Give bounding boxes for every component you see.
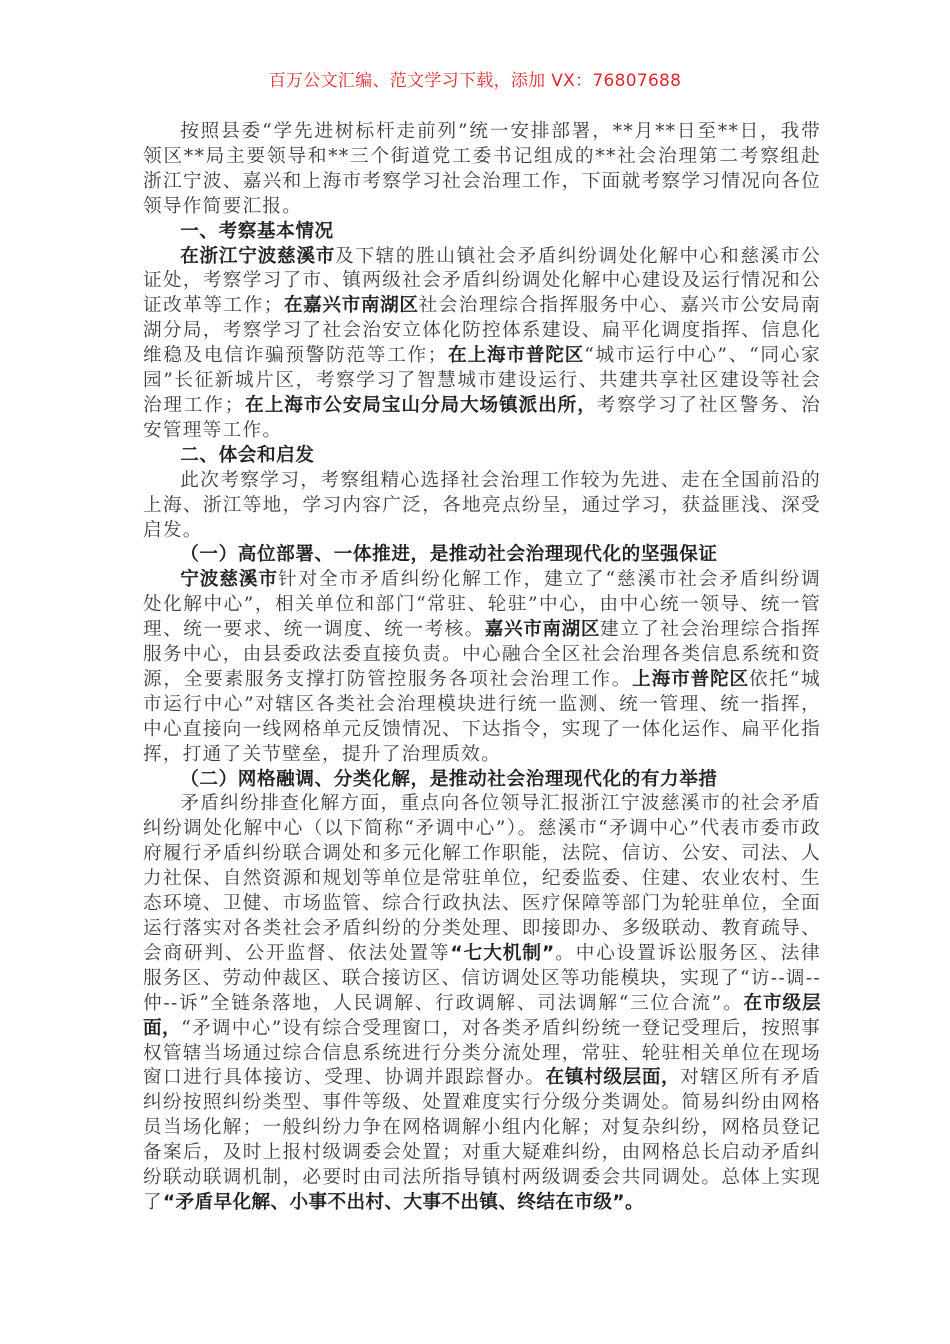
download-banner: 百万公文汇编、范文学习下载，添加 VX：76807688 — [0, 66, 950, 91]
text-span: 矛盾纠纷排查化解方面，重点向各位领导汇报浙江宁波慈溪市的社会矛盾纠纷调处化解中心… — [143, 793, 821, 963]
subsection-2-heading: （二）网格融调、分类化解，是推动社会治理现代化的有力举措 — [143, 768, 821, 793]
subsection-1-heading: （一）高位部署、一体推进，是推动社会治理现代化的坚强保证 — [143, 543, 821, 568]
document-page: 百万公文汇编、范文学习下载，添加 VX：76807688 按照县委“学先进树标杆… — [0, 0, 950, 1344]
bold-span: 上海市普陀区 — [632, 669, 749, 690]
location-cixi: 在浙江宁波慈溪市 — [180, 246, 335, 267]
bold-span: “七大机制” — [450, 943, 554, 964]
location-nanhu: 在嘉兴市南湖区 — [284, 295, 419, 316]
section-2-intro: 此次考察学习，考察组精心选择社会治理工作较为先进、走在全国前沿的上海、浙江等地，… — [143, 469, 821, 544]
section-2-heading: 二、体会和启发 — [143, 444, 821, 469]
subsection-1-paragraph: 宁波慈溪市针对全市矛盾纠纷化解工作，建立了“慈溪市社会矛盾纠纷调处化解中心”，相… — [143, 568, 821, 767]
bold-span: 嘉兴市南湖区 — [485, 619, 600, 640]
intro-paragraph: 按照县委“学先进树标杆走前列”统一安排部署，**月**日至**日，我带领区**局… — [143, 120, 821, 220]
document-body: 按照县委“学先进树标杆走前列”统一安排部署，**月**日至**日，我带领区**局… — [143, 120, 821, 1216]
section-1-paragraph: 在浙江宁波慈溪市及下辖的胜山镇社会矛盾纠纷调处化解中心和慈溪市公证处，考察学习了… — [143, 245, 821, 444]
subsection-2-paragraph: 矛盾纠纷排查化解方面，重点向各位领导汇报浙江宁波慈溪市的社会矛盾纠纷调处化解中心… — [143, 792, 821, 1215]
bold-span: “矛盾早化解、小事不出村、大事不出镇、终结在市级”。 — [163, 1192, 644, 1213]
section-1-heading: 一、考察基本情况 — [143, 220, 821, 245]
location-baoshan: 在上海市公安局宝山分局大场镇派出所， — [245, 395, 597, 416]
bold-span: 宁波慈溪市 — [180, 569, 278, 590]
bold-span: 在镇村级层面， — [546, 1067, 681, 1088]
location-putuo: 在上海市普陀区 — [448, 345, 585, 366]
